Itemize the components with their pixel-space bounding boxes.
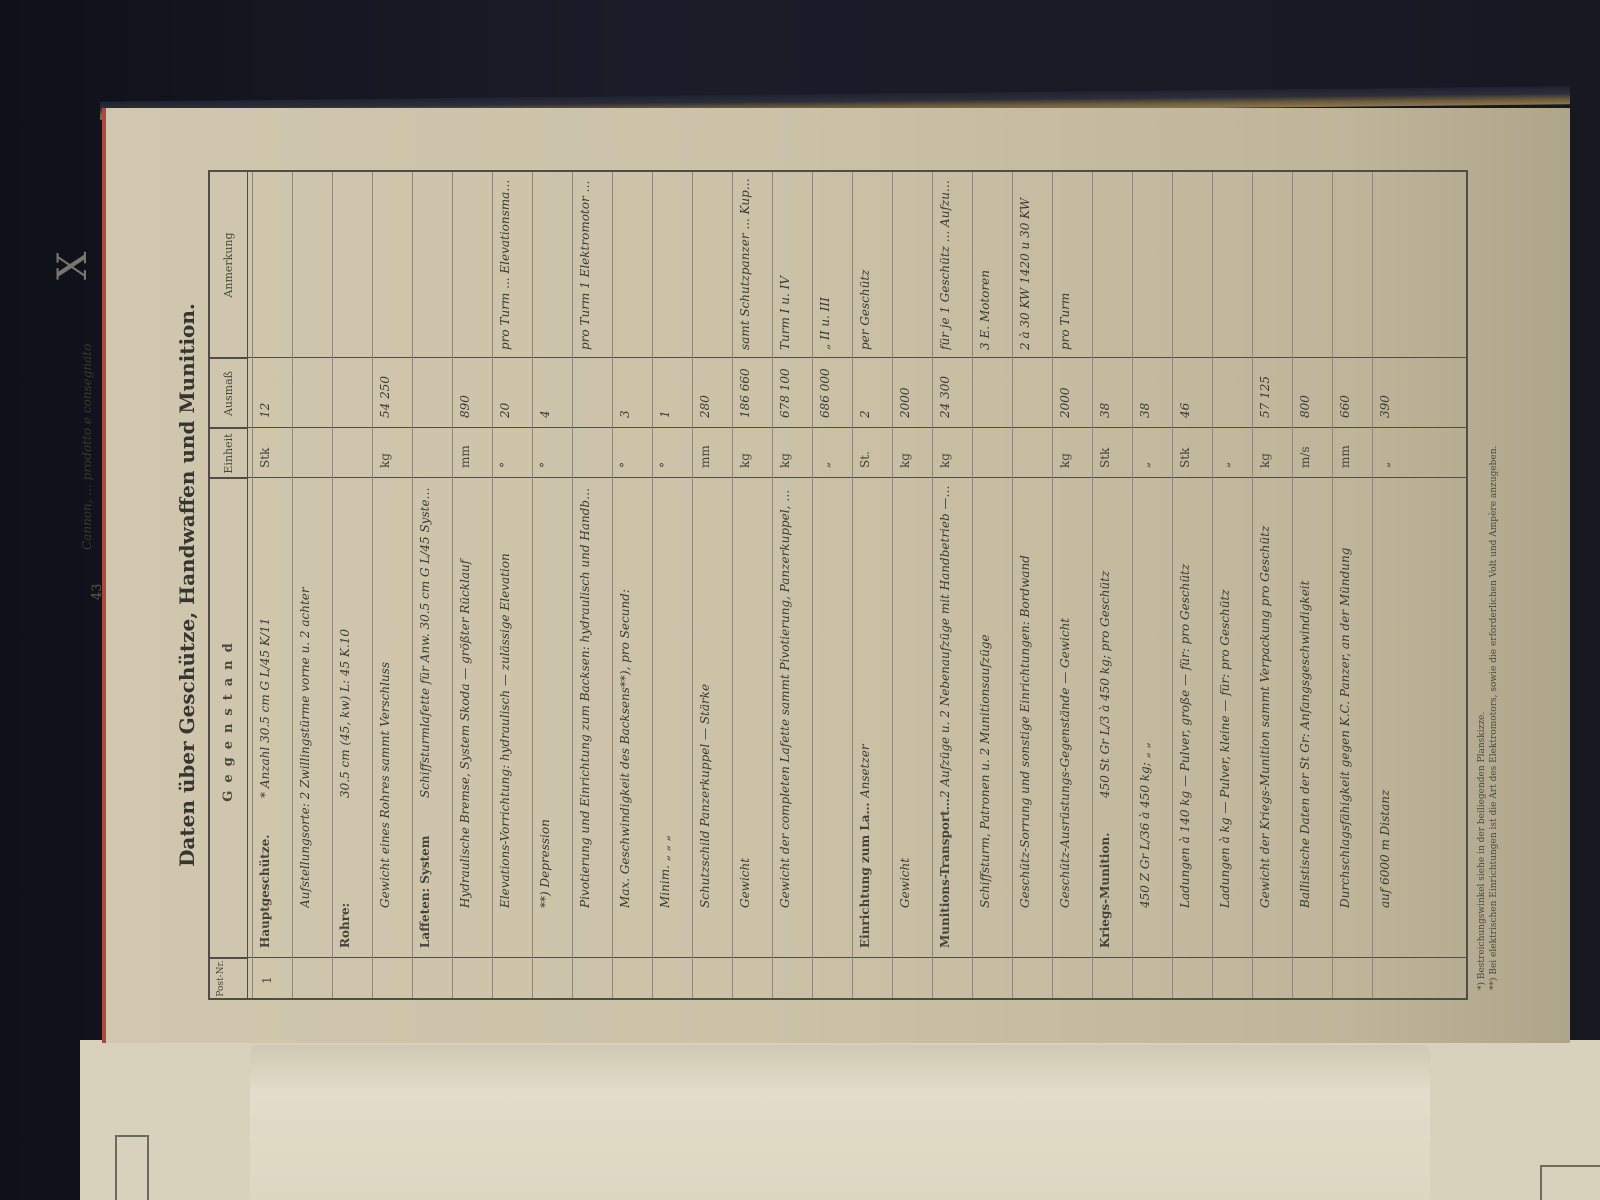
row-value: 660 <box>1338 395 1352 418</box>
row-value: 4 <box>538 410 552 418</box>
footnote: **) Bei elektrischen Einrichtungen ist d… <box>1488 446 1500 990</box>
footnotes: *) Bestreichungswinkel siehe in der beil… <box>1476 446 1500 990</box>
column-header-anmerkung: Anmerkung <box>210 172 248 358</box>
table-row-rule <box>1012 172 1013 998</box>
row-value: 800 <box>1298 395 1312 418</box>
table-row-rule <box>1332 172 1333 998</box>
row-description: Gewicht der completen Lafette sammt Pivo… <box>778 483 792 908</box>
row-value: 186 660 <box>738 368 752 418</box>
row-remark: Turm I u. IV <box>778 175 792 350</box>
table-row-rule <box>1132 172 1133 998</box>
row-value: 890 <box>458 395 472 418</box>
lower-table-fragment-right <box>1540 1165 1600 1200</box>
row-remark: „ II u. III <box>818 175 832 350</box>
row-remark: 2 à 30 KW 1420 u 30 KW <box>1018 175 1032 350</box>
row-unit: kg <box>938 453 952 468</box>
data-table: Post-Nr. Gegenstand Einheit Ausmaß Anmer… <box>208 170 1468 1000</box>
table-row-rule <box>532 172 533 998</box>
row-remark: pro Turm ... Elevationsmaschine ... Scha… <box>498 175 512 350</box>
page-title: Daten über Geschütze, Handwaffen und Mun… <box>175 170 199 1000</box>
table-row-rule <box>1092 172 1093 998</box>
post-number: 1 <box>260 976 274 984</box>
table-row-rule <box>452 172 453 998</box>
row-unit: kg <box>378 453 392 468</box>
row-description: Ladungen à kg — Pulver, kleine — für: pr… <box>1218 483 1232 908</box>
table-row-rule <box>1252 172 1253 998</box>
table-row-rule <box>332 172 333 998</box>
row-description: Ladungen à 140 kg — Pulver, große — für:… <box>1178 483 1192 908</box>
row-description: 450 Z Gr L/36 à 450 kg; „ „ <box>1138 483 1152 908</box>
table-row-rule <box>612 172 613 998</box>
column-divider <box>210 477 1466 478</box>
column-divider <box>210 957 1466 958</box>
row-unit: kg <box>778 453 792 468</box>
folded-page <box>250 1045 1430 1200</box>
row-description: Geschütz-Sorrung und sonstige Einrichtun… <box>1018 483 1032 908</box>
table-row-rule <box>292 172 293 998</box>
table-row-rule <box>812 172 813 998</box>
table-row-rule <box>932 172 933 998</box>
row-unit: mm <box>1338 445 1352 468</box>
row-description: 30.5 cm (45, kw) L: 45 K.10 <box>338 483 352 798</box>
row-description: Gewicht <box>898 483 912 908</box>
row-unit: ° <box>658 462 672 468</box>
row-value: 12 <box>258 403 272 418</box>
row-unit: Stk <box>258 448 272 468</box>
row-description: * Anzahl 30.5 cm G L/45 K/11 <box>258 483 272 798</box>
table-row-rule <box>772 172 773 998</box>
row-description: Ballistische Daten der St Gr: Anfangsges… <box>1298 483 1312 908</box>
row-description: Geschütz-Ausrüstungs-Gegenstände — Gewic… <box>1058 483 1072 908</box>
row-description: Schiffsturmlafette für Anw. 30.5 cm G L/… <box>418 483 432 798</box>
row-unit: „ <box>1138 462 1152 468</box>
table-row-rule <box>972 172 973 998</box>
row-value: 1 <box>658 410 672 418</box>
row-label: Kriegs-Munition. <box>1098 798 1112 948</box>
row-unit: kg <box>738 453 752 468</box>
row-description: auf 6000 m Distanz <box>1378 483 1392 908</box>
table-row-rule <box>1292 172 1293 998</box>
table-row-rule <box>412 172 413 998</box>
row-unit: m/s <box>1298 446 1312 468</box>
row-unit: „ <box>1378 462 1392 468</box>
row-description: 2 Aufzüge u. 2 Nebenaufzüge mit Handbetr… <box>938 483 952 798</box>
row-remark: pro Turm 1 Elektromotor 18 PS <box>578 175 592 350</box>
row-value: 280 <box>698 395 712 418</box>
row-description: Schutzschild Panzerkuppel — Stärke <box>698 483 712 908</box>
row-description: Max. Geschwindigkeit des Backsens**), pr… <box>618 483 632 908</box>
table-row-rule <box>1372 172 1373 998</box>
row-description: Minim. „ „ „ <box>658 483 672 908</box>
row-description: 450 St Gr L/3 à 450 kg; pro Geschütz <box>1098 483 1112 798</box>
footnote: *) Bestreichungswinkel siehe in der beil… <box>1476 446 1488 990</box>
row-value: 390 <box>1378 395 1392 418</box>
row-value: 3 <box>618 410 632 418</box>
column-header-nr: Post-Nr. <box>210 958 248 998</box>
row-remark: samt Schutzpanzer ... Kuppel <box>738 175 752 350</box>
table-row-rule <box>372 172 373 998</box>
row-value: 678 100 <box>778 368 792 418</box>
row-description: Aufstellungsorte: 2 Zwillingstürme vorne… <box>298 483 312 908</box>
cross-mark: X <box>50 252 96 280</box>
column-divider <box>210 357 1466 358</box>
table-row-rule <box>572 172 573 998</box>
row-value: 686 000 <box>818 368 832 418</box>
row-unit: Stk <box>1098 448 1112 468</box>
row-value: 46 <box>1178 403 1192 418</box>
row-label: Einrichtung zum Laden: <box>858 798 872 948</box>
row-value: 38 <box>1098 403 1112 418</box>
row-value: 2000 <box>898 387 912 418</box>
row-description: Ansetzer <box>858 483 872 798</box>
lower-table-fragment-left <box>115 1135 149 1200</box>
row-description: **) Depression <box>538 483 552 908</box>
table-row-rule <box>652 172 653 998</box>
table-row-rule <box>492 172 493 998</box>
row-description: Hydraulische Bremse, System Skoda — größ… <box>458 483 472 908</box>
row-value: 57 125 <box>1258 376 1272 418</box>
row-unit: St. <box>858 451 872 468</box>
row-unit: mm <box>458 445 472 468</box>
table-row-rule <box>1212 172 1213 998</box>
table-row-rule <box>892 172 893 998</box>
row-remark: 3 E. Motoren <box>978 175 992 350</box>
margin-note: Cannon, ... prodotto e consegnato <box>80 344 94 550</box>
row-description: Gewicht <box>738 483 752 908</box>
row-remark: pro Turm <box>1058 175 1072 350</box>
table-row-rule <box>852 172 853 998</box>
row-description: Gewicht der Kriegs-Munition sammt Verpac… <box>1258 483 1272 908</box>
row-description: Pivotierung und Einrichtung zum Backsen:… <box>578 483 592 908</box>
row-unit: ° <box>538 462 552 468</box>
row-value: 2000 <box>1058 387 1072 418</box>
table-row-rule <box>1052 172 1053 998</box>
row-label: Hauptgeschütze. <box>258 798 272 948</box>
row-unit: ° <box>618 462 632 468</box>
table-row-rule <box>732 172 733 998</box>
row-description: Gewicht eines Rohres sammt Verschluss <box>378 483 392 908</box>
table-row-rule <box>692 172 693 998</box>
row-unit: kg <box>898 453 912 468</box>
row-label: Laffeten: System <box>418 798 432 948</box>
rotated-sheet: 43 Cannon, ... prodotto e consegnato X D… <box>130 170 1480 1000</box>
table-row-rule <box>252 172 253 998</box>
column-divider <box>210 427 1466 428</box>
row-unit: kg <box>1058 453 1072 468</box>
row-remark: für je 1 Geschütz ... Aufzugsmotoren 20 … <box>938 175 952 350</box>
row-description: Durchschlagsfähigkeit gegen K.C. Panzer,… <box>1338 483 1352 908</box>
table-row-rule <box>1172 172 1173 998</box>
column-header-gegenstand: Gegenstand <box>210 478 248 958</box>
row-unit: „ <box>818 462 832 468</box>
row-value: 54 250 <box>378 376 392 418</box>
row-value: 2 <box>858 410 872 418</box>
row-value: 20 <box>498 403 512 418</box>
row-description: Schiffsturm, Patronen u. 2 Munitionsaufz… <box>978 483 992 908</box>
column-header-einheit: Einheit <box>210 428 248 478</box>
row-unit: Stk <box>1178 448 1192 468</box>
row-value: 38 <box>1138 403 1152 418</box>
page-number: 43 <box>90 583 105 600</box>
column-header-ausmass: Ausmaß <box>210 358 248 428</box>
row-label: Rohre: <box>338 798 352 948</box>
row-description: Elevations-Vorrichtung: hydraulisch — zu… <box>498 483 512 908</box>
row-unit: mm <box>698 445 712 468</box>
row-label: Munitions-Transport:**) <box>938 798 952 948</box>
row-value: 24 300 <box>938 376 952 418</box>
row-unit: ° <box>498 462 512 468</box>
row-remark: per Geschütz <box>858 175 872 350</box>
row-unit: kg <box>1258 453 1272 468</box>
row-unit: „ <box>1218 462 1232 468</box>
